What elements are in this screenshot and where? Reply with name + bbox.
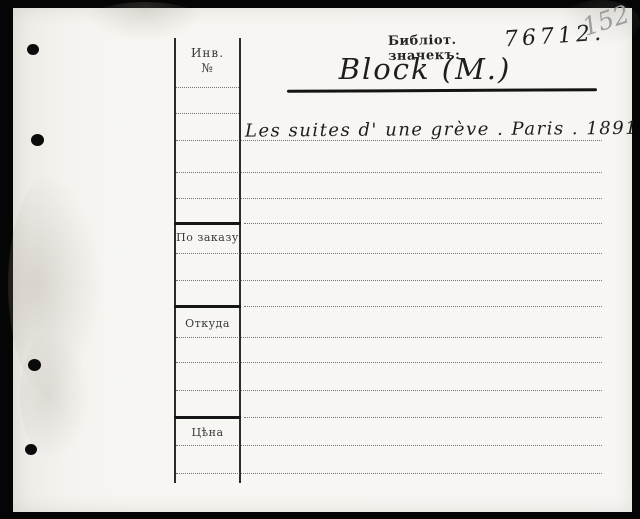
- section-rule: [174, 222, 241, 225]
- section-rule: [174, 305, 241, 308]
- author-entry: Block (М.): [280, 52, 570, 86]
- ruled-line: [176, 390, 602, 391]
- ruled-line: [176, 473, 602, 474]
- ruled-line: [176, 445, 602, 446]
- ruled-line: [176, 198, 602, 199]
- section-rule: [174, 416, 241, 419]
- from-where-label: Откуда: [174, 317, 241, 330]
- price-label: Цѣна: [174, 426, 241, 439]
- ruled-line: [176, 280, 602, 281]
- ruled-line: [176, 113, 239, 114]
- scanned-catalog-card: Инв. № По заказу Откуда Цѣна Библіот. зн…: [0, 0, 640, 519]
- ruled-line: [244, 223, 602, 224]
- ruled-line: [176, 362, 602, 363]
- title-entry: Les suites d' une grève . Paris . 1891. …: [245, 117, 640, 141]
- ruled-line: [176, 337, 602, 338]
- ruled-line: [176, 172, 602, 173]
- punch-hole: [28, 359, 41, 371]
- punch-hole: [31, 134, 44, 146]
- punch-hole: [25, 444, 37, 455]
- punch-hole: [27, 44, 39, 55]
- ruled-line: [176, 253, 602, 254]
- inventory-no-label: №: [201, 61, 213, 75]
- ruled-line: [244, 417, 602, 418]
- inventory-label: Инв.: [191, 46, 224, 60]
- ruled-line: [176, 87, 239, 88]
- by-order-label: По заказу: [174, 231, 241, 244]
- inventory-label-cell: Инв. №: [176, 46, 239, 76]
- ruled-line: [244, 306, 602, 307]
